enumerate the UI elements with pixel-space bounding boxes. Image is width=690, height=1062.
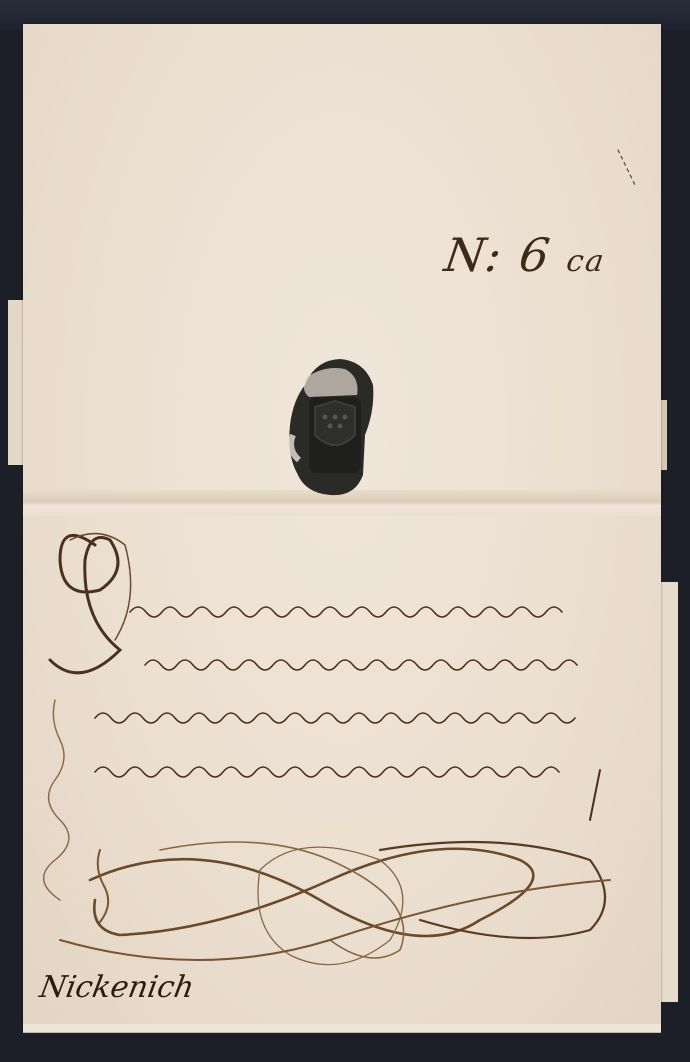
paper-bottom-edge — [23, 1024, 661, 1033]
letter-paper — [23, 24, 661, 1032]
docket-number-text: N: 6 — [441, 228, 555, 282]
docket-number: N: 6 ca — [441, 228, 610, 282]
signature: Nickenich — [37, 970, 197, 1005]
wax-seal-icon — [285, 355, 375, 500]
docket-suffix: ca — [564, 244, 608, 279]
